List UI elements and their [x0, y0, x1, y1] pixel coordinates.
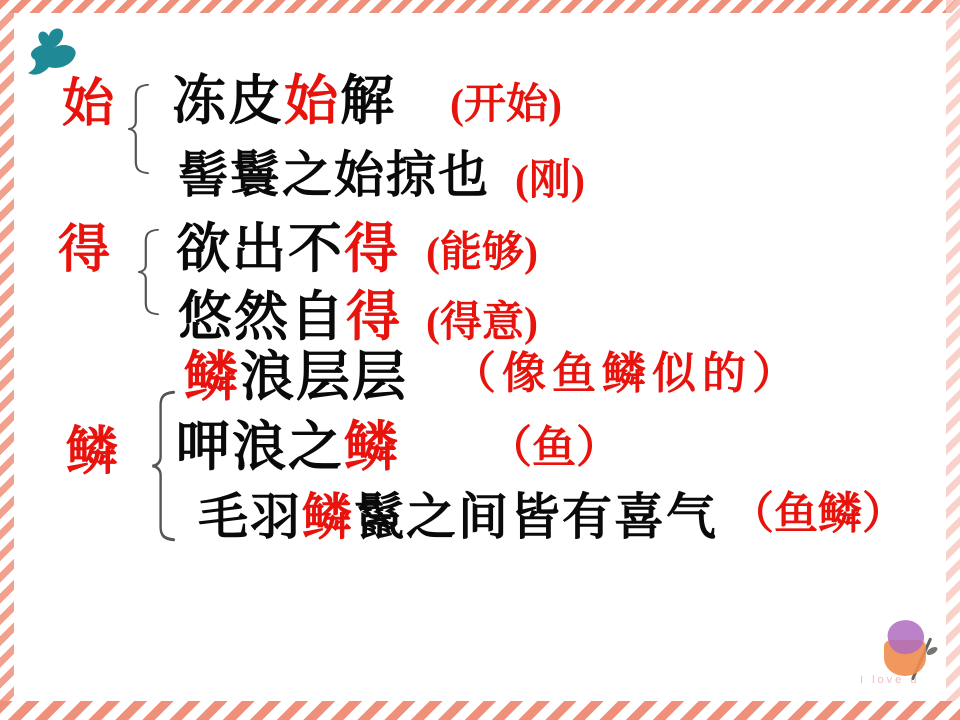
striped-border-top [0, 0, 960, 13]
phrase-highlight: 得 [344, 219, 400, 279]
phrase-text: 解 [340, 71, 396, 131]
gloss-annotation: （像鱼鳞似的） [452, 350, 802, 398]
phrase-text: 髻鬟之始掠也 [178, 147, 490, 203]
phrase-highlight: 鳞 [344, 417, 400, 477]
phrase-row: 鳞浪层层 [184, 348, 408, 407]
striped-border-bottom [0, 701, 960, 720]
key-character-de: 得 [58, 222, 110, 279]
key-character-shi: 始 [62, 76, 114, 133]
gloss-annotation: (开始) [450, 82, 562, 128]
phrase-text: 欲出不 [176, 219, 344, 279]
gloss-annotation: (刚) [515, 158, 585, 204]
phrase-row: 呷浪之鳞 [176, 418, 400, 477]
phrase-text: 浪层层 [240, 347, 408, 407]
gloss-annotation: （鱼鳞） [730, 490, 906, 538]
brace-bracket [137, 228, 159, 316]
phrase-highlight: 鳞 [302, 489, 354, 545]
slide: { "colors": { "red": "#e8130d", "black":… [0, 0, 960, 720]
phrase-text: 悠然自 [178, 287, 346, 347]
gloss-annotation: (能够) [426, 230, 538, 276]
striped-border-left [0, 0, 14, 720]
brace-bracket [127, 83, 149, 175]
sticker-caption: I love u [860, 674, 950, 686]
gloss-annotation: (得意) [426, 300, 538, 346]
phrase-row: 冻皮始解 [172, 72, 396, 131]
brace-bracket [151, 390, 175, 542]
phrase-text: 鬣之间皆有喜气 [354, 489, 718, 545]
phrase-text: 毛羽 [198, 489, 302, 545]
key-character-lin: 鳞 [66, 424, 118, 481]
phrase-row: 悠然自得 [178, 288, 402, 347]
phrase-text: 冻皮 [172, 71, 284, 131]
phrase-row: 欲出不得 [176, 220, 400, 279]
dove-icon [20, 24, 84, 84]
phrase-row: 髻鬟之始掠也 [178, 148, 490, 203]
striped-border-right [946, 0, 960, 720]
gloss-annotation: （鱼） [488, 424, 620, 472]
phrase-row: 毛羽鳞鬣之间皆有喜气 [198, 490, 718, 545]
rose-sticker: I love u [874, 618, 944, 698]
phrase-highlight: 始 [284, 71, 340, 131]
phrase-highlight: 得 [346, 287, 402, 347]
phrase-highlight: 鳞 [184, 347, 240, 407]
phrase-text: 呷浪之 [176, 417, 344, 477]
